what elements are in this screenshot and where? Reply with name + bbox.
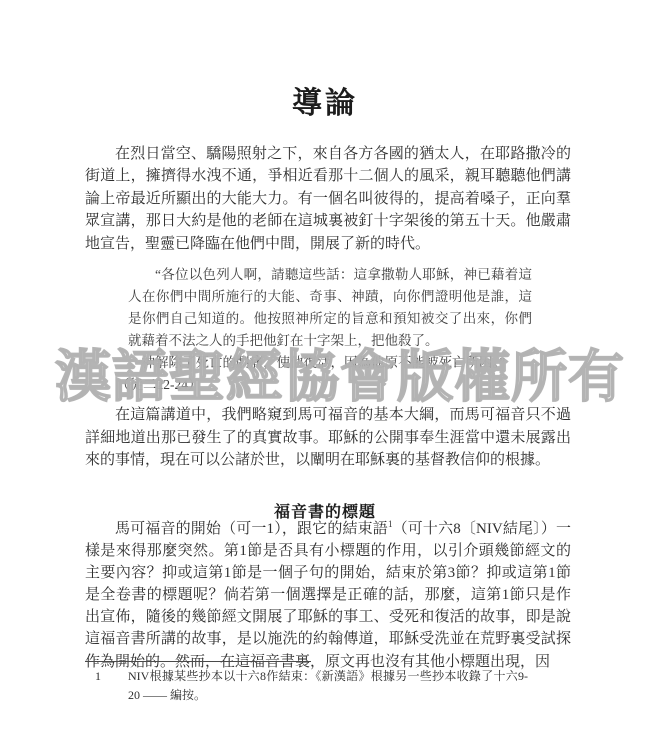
scripture-quote-block: “各位以色列人啊，請聽這些話：這拿撒勒人耶穌，神已藉着這人在你們中間所施行的大能… xyxy=(128,264,532,396)
footnote-number: 1 xyxy=(95,667,128,704)
book-page: 導論 在烈日當空、驕陽照射之下，來自各方各國的猶太人，在耶路撒冷的街道上，擁擠得… xyxy=(0,0,650,750)
paragraph-text-before-footnote-ref: 馬可福音的開始（可一1），跟它的結束語 xyxy=(115,521,388,537)
page-title: 導論 xyxy=(0,78,650,122)
footnote-text: NIV根據某些抄本以十六8作結束：《新漢語》根據另一些抄本收錄了十六9-20 —… xyxy=(128,667,528,704)
intro-paragraph-2: 在這篇講道中，我們略窺到馬可福音的基本大綱，而馬可福音只不過詳細地道出那已發生了… xyxy=(85,404,571,472)
scripture-quote-part2: 神解除了死亡的劇痛，使他復活，因為他原不能被死亡所困。” xyxy=(128,352,532,374)
scripture-reference: （徒二22-24） xyxy=(116,374,532,396)
section-paragraph-1: 馬可福音的開始（可一1），跟它的結束語1（可十六8〔NIV結尾〕）一樣是來得那麼… xyxy=(85,518,571,673)
scripture-quote-part1: “各位以色列人啊，請聽這些話：這拿撒勒人耶穌，神已藉着這人在你們中間所施行的大能… xyxy=(128,264,532,352)
paragraph-text-after-footnote-ref: （可十六8〔NIV結尾〕）一樣是來得那麼突然。第1節是否具有小標題的作用，以引介… xyxy=(85,521,571,670)
footnote-separator-rule xyxy=(85,661,311,662)
intro-paragraph-1: 在烈日當空、驕陽照射之下，來自各方各國的猶太人，在耶路撒冷的街道上，擁擠得水洩不… xyxy=(85,143,571,255)
footnote: 1 NIV根據某些抄本以十六8作結束：《新漢語》根據另一些抄本收錄了十六9-20… xyxy=(95,667,555,704)
